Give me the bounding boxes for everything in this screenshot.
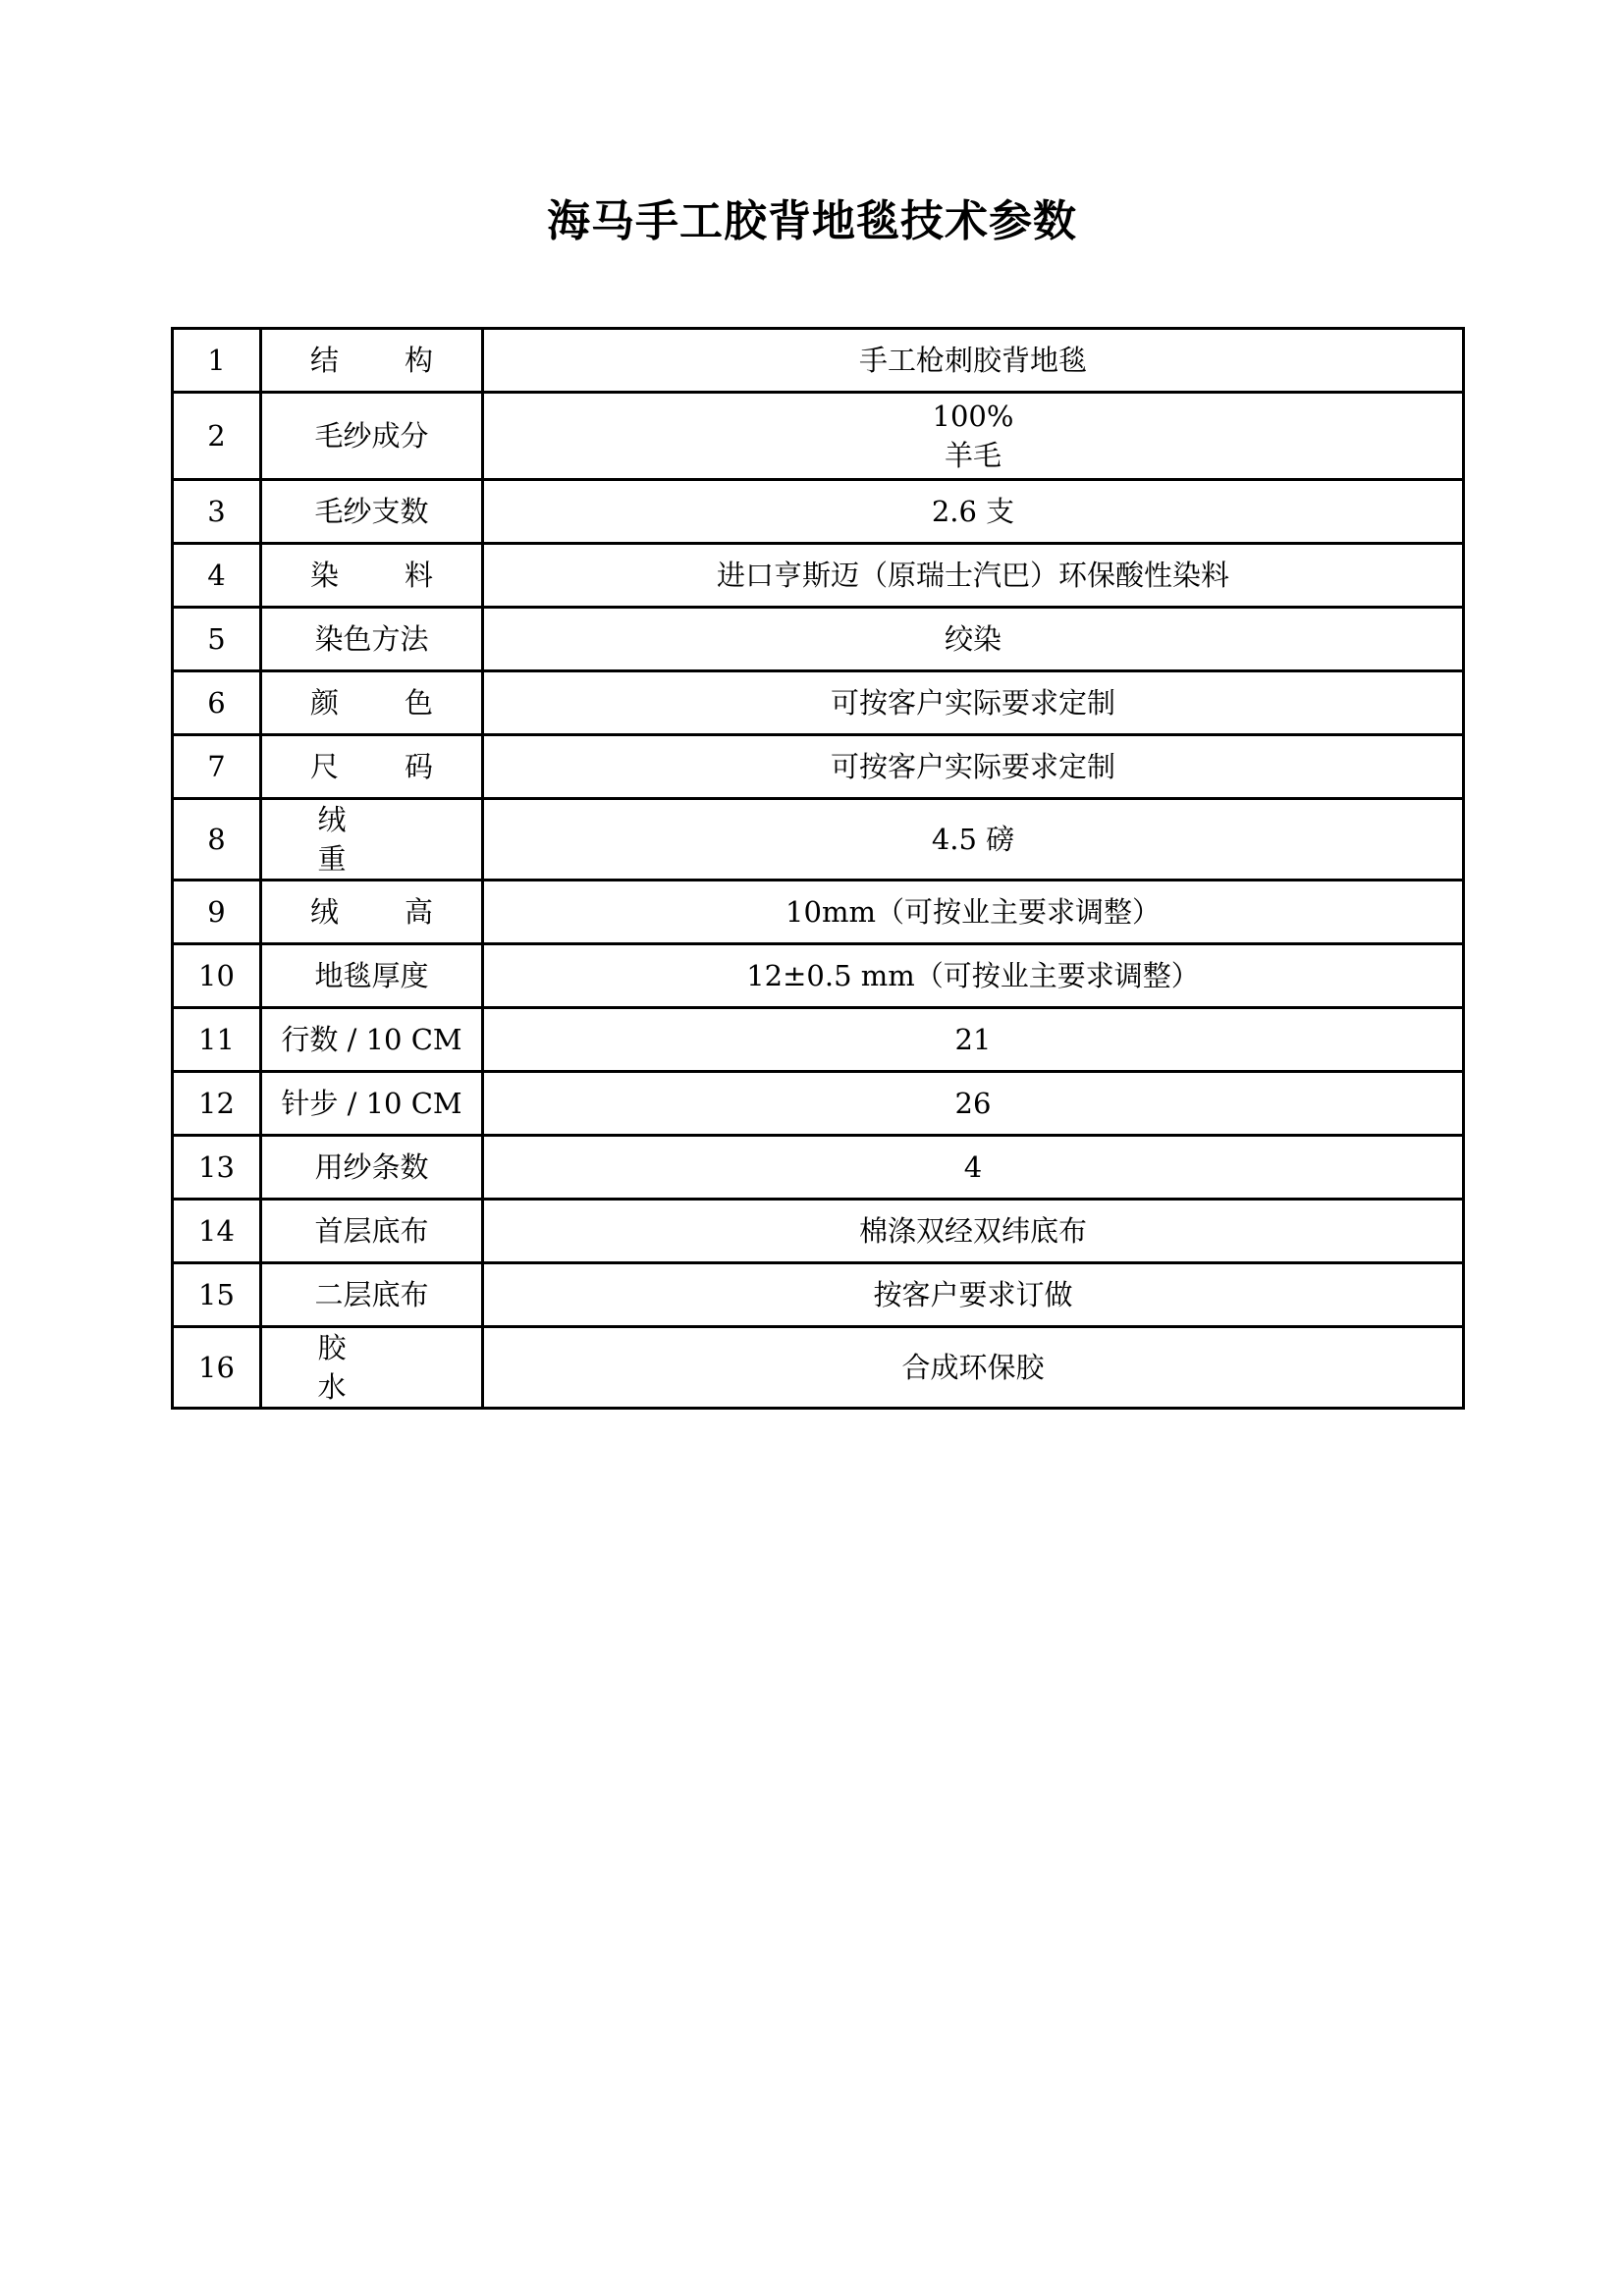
table-row: 9 绒 高 10mm（可按业主要求调整） [173, 881, 1464, 944]
param-value-line: 100% [484, 397, 1462, 436]
param-value: 10mm（可按业主要求调整） [483, 881, 1464, 944]
row-number: 7 [173, 735, 261, 799]
param-name-text: 结 构 [310, 341, 433, 380]
param-value: 进口亨斯迈（原瑞士汽巴）环保酸性染料 [483, 544, 1464, 608]
table-row: 10 地毯厚度 12±0.5 mm（可按业主要求调整） [173, 944, 1464, 1008]
param-name: 用纱条数 [261, 1136, 483, 1200]
param-value: 100% 羊毛 [483, 393, 1464, 480]
param-value: 2.6 支 [483, 480, 1464, 544]
param-name: 染 料 [261, 544, 483, 608]
param-name: 行数 / 10 CM [261, 1008, 483, 1072]
row-number: 11 [173, 1008, 261, 1072]
row-number: 12 [173, 1072, 261, 1136]
table-row: 2 毛纱成分 100% 羊毛 [173, 393, 1464, 480]
param-value: 棉涤双经双纬底布 [483, 1200, 1464, 1263]
row-number: 13 [173, 1136, 261, 1200]
param-name-text: 尺 码 [310, 747, 433, 786]
param-value: 绞染 [483, 608, 1464, 671]
param-value: 12±0.5 mm（可按业主要求调整） [483, 944, 1464, 1008]
param-name: 首层底布 [261, 1200, 483, 1263]
row-number: 6 [173, 671, 261, 735]
param-name: 染色方法 [261, 608, 483, 671]
table-row: 13 用纱条数 4 [173, 1136, 1464, 1200]
table-row: 11 行数 / 10 CM 21 [173, 1008, 1464, 1072]
param-value-line: 羊毛 [484, 436, 1462, 475]
table-row: 1 结 构 手工枪刺胶背地毯 [173, 329, 1464, 393]
row-number: 5 [173, 608, 261, 671]
table-row: 6 颜 色 可按客户实际要求定制 [173, 671, 1464, 735]
param-value: 4.5 磅 [483, 799, 1464, 881]
row-number: 14 [173, 1200, 261, 1263]
row-number: 8 [173, 799, 261, 881]
param-value: 4 [483, 1136, 1464, 1200]
param-name: 绒 高 [261, 881, 483, 944]
row-number: 3 [173, 480, 261, 544]
param-name: 针步 / 10 CM [261, 1072, 483, 1136]
param-name: 绒 重 [261, 799, 483, 881]
param-name: 二层底布 [261, 1263, 483, 1327]
table-row: 16 胶 水 合成环保胶 [173, 1327, 1464, 1409]
param-name: 颜 色 [261, 671, 483, 735]
table-row: 7 尺 码 可按客户实际要求定制 [173, 735, 1464, 799]
row-number: 1 [173, 329, 261, 393]
table-row: 14 首层底布 棉涤双经双纬底布 [173, 1200, 1464, 1263]
row-number: 15 [173, 1263, 261, 1327]
row-number: 9 [173, 881, 261, 944]
spec-table: 1 结 构 手工枪刺胶背地毯 2 毛纱成分 100% 羊毛 3 毛纱支数 2.6… [171, 327, 1465, 1410]
row-number: 2 [173, 393, 261, 480]
param-name: 尺 码 [261, 735, 483, 799]
table-row: 12 针步 / 10 CM 26 [173, 1072, 1464, 1136]
table-row: 15 二层底布 按客户要求订做 [173, 1263, 1464, 1327]
row-number: 16 [173, 1327, 261, 1409]
param-name: 毛纱支数 [261, 480, 483, 544]
table-row: 5 染色方法 绞染 [173, 608, 1464, 671]
param-name: 胶 水 [261, 1327, 483, 1409]
param-name: 毛纱成分 [261, 393, 483, 480]
param-value: 21 [483, 1008, 1464, 1072]
param-name-text: 绒 高 [310, 892, 433, 932]
param-name: 地毯厚度 [261, 944, 483, 1008]
param-value: 合成环保胶 [483, 1327, 1464, 1409]
param-name: 结 构 [261, 329, 483, 393]
row-number: 4 [173, 544, 261, 608]
param-value: 按客户要求订做 [483, 1263, 1464, 1327]
row-number: 10 [173, 944, 261, 1008]
param-name-text: 颜 色 [310, 683, 433, 722]
param-name-text: 染 料 [310, 556, 433, 595]
table-row: 4 染 料 进口亨斯迈（原瑞士汽巴）环保酸性染料 [173, 544, 1464, 608]
param-name-text: 胶 水 [318, 1328, 426, 1407]
param-name-text: 绒 重 [318, 800, 426, 879]
param-value: 手工枪刺胶背地毯 [483, 329, 1464, 393]
param-value: 可按客户实际要求定制 [483, 671, 1464, 735]
document-title: 海马手工胶背地毯技术参数 [0, 192, 1624, 251]
table-row: 3 毛纱支数 2.6 支 [173, 480, 1464, 544]
param-value: 26 [483, 1072, 1464, 1136]
table-row: 8 绒 重 4.5 磅 [173, 799, 1464, 881]
param-value: 可按客户实际要求定制 [483, 735, 1464, 799]
